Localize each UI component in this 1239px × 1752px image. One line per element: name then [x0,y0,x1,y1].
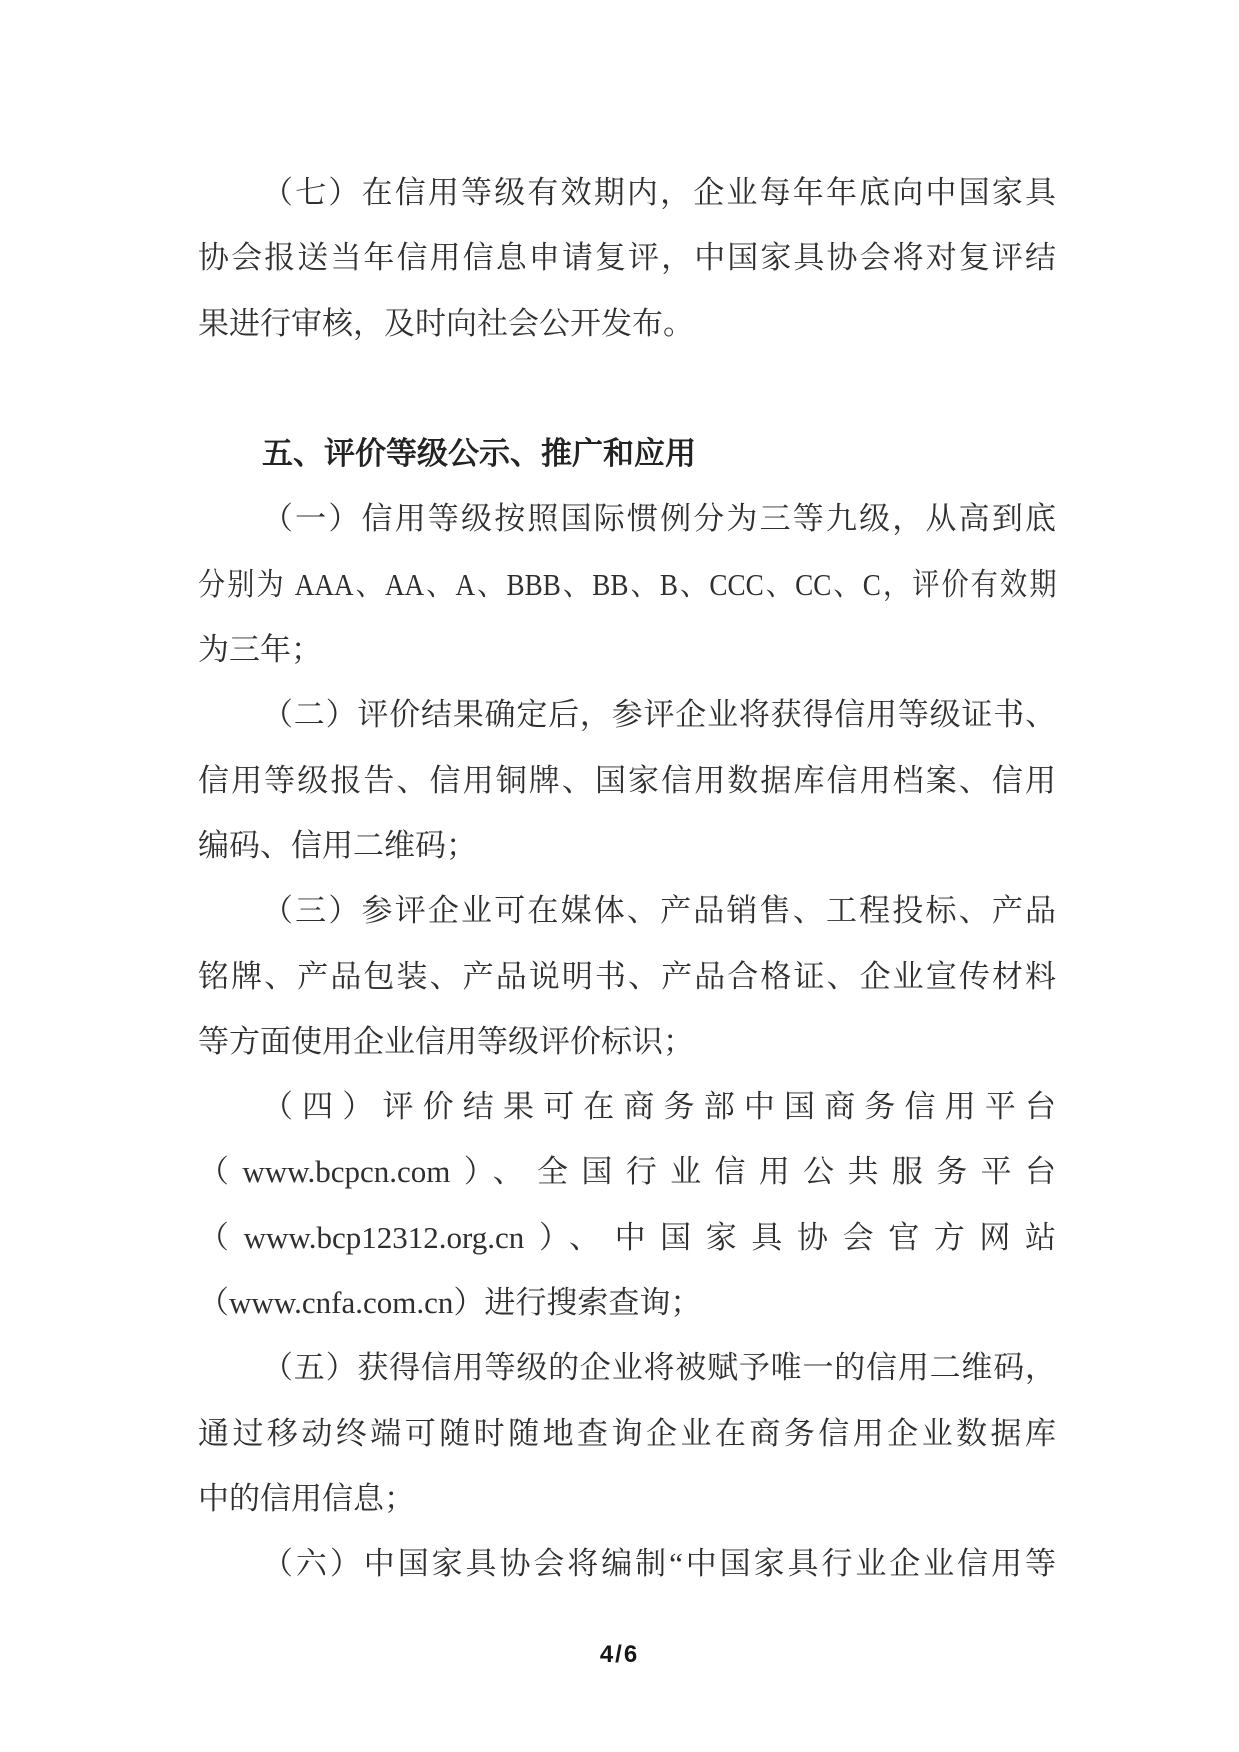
doc-line: 分别为 AAA、AA、A、BBB、BB、B、CCC、CC、C，评价有效期 [198,552,1056,617]
doc-line: 信用等级报告、信用铜牌、国家信用数据库信用档案、信用 [198,748,1056,813]
doc-line: （六）中国家具协会将编制“中国家具行业企业信用等 [198,1531,1056,1596]
doc-line: （四）评价结果可在商务部中国商务信用平台 [198,1074,1056,1139]
blank-line [198,356,1056,421]
doc-line: 协会报送当年信用信息申请复评，中国家具协会将对复评结 [198,225,1056,290]
doc-line: 编码、信用二维码； [198,813,1056,878]
doc-line: （www.cnfa.com.cn）进行搜索查询； [198,1270,1056,1335]
doc-line: 为三年； [198,617,1056,682]
doc-line: （一）信用等级按照国际惯例分为三等九级，从高到底 [198,486,1056,551]
doc-line: （二）评价结果确定后，参评企业将获得信用等级证书、 [198,682,1056,747]
doc-line: （www.bcpcn.com）、全国行业信用公共服务平台 [198,1139,1056,1204]
page-number: 4/6 [0,1641,1239,1669]
doc-line: 通过移动终端可随时随地查询企业在商务信用企业数据库 [198,1401,1056,1466]
doc-line: （三）参评企业可在媒体、产品销售、工程投标、产品 [198,878,1056,943]
section-heading: 五、评价等级公示、推广和应用 [198,421,1056,486]
doc-line: 等方面使用企业信用等级评价标识； [198,1009,1056,1074]
doc-line: （七）在信用等级有效期内，企业每年年底向中国家具 [198,160,1056,225]
doc-line: （五）获得信用等级的企业将被赋予唯一的信用二维码， [198,1335,1056,1400]
doc-line: （www.bcp12312.org.cn）、中国家具协会官方网站 [198,1205,1056,1270]
doc-line: 果进行审核，及时向社会公开发布。 [198,291,1056,356]
document-body: （七）在信用等级有效期内，企业每年年底向中国家具 协会报送当年信用信息申请复评，… [198,160,1056,1597]
doc-line: 中的信用信息； [198,1466,1056,1531]
doc-line: 铭牌、产品包装、产品说明书、产品合格证、企业宣传材料 [198,944,1056,1009]
